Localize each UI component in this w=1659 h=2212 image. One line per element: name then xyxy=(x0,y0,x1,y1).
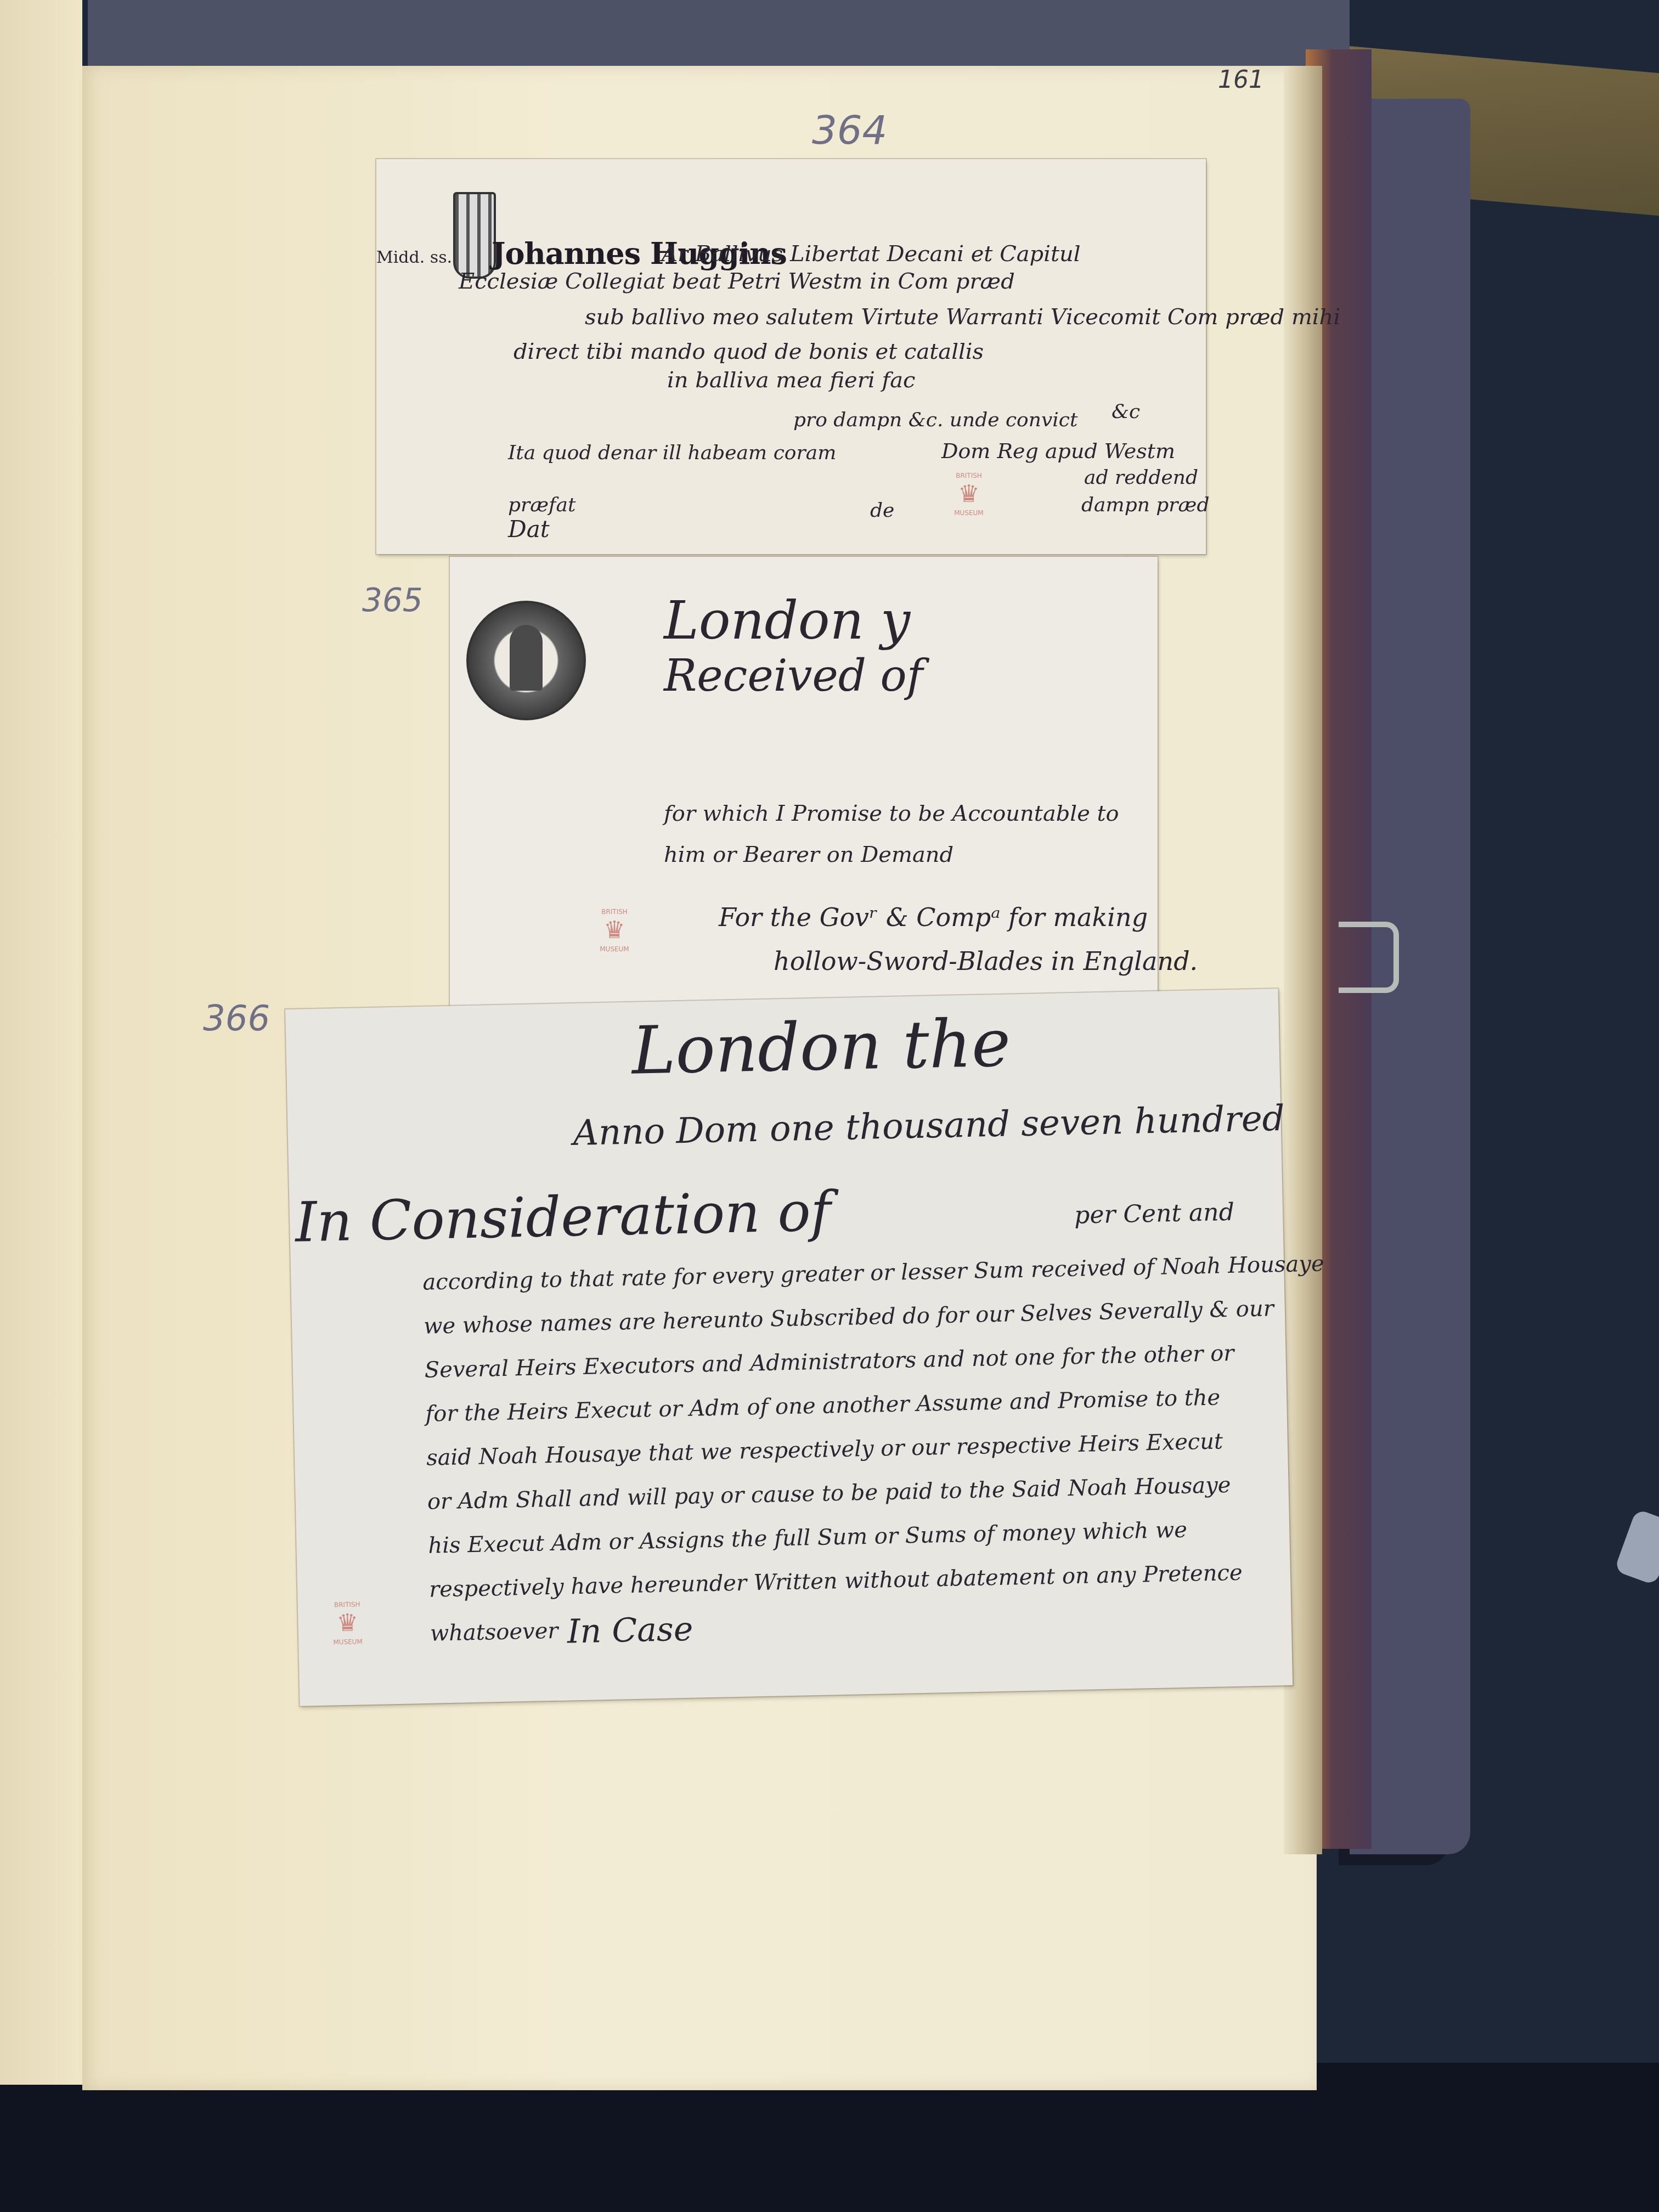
warrant-de: de xyxy=(870,499,894,522)
bond-line: for the Heirs Execut or Adm of one anoth… xyxy=(425,1385,1221,1426)
receipt-received-of: Received of xyxy=(664,650,923,701)
warrant-line: Ecclesiæ Collegiat beat Petri Westm in C… xyxy=(459,269,1015,294)
warrant-praefat: præfat xyxy=(508,494,575,516)
stamp-top-text: BRITISH xyxy=(956,472,982,479)
item-number-366: 366 xyxy=(203,998,270,1039)
receipt-london: London y xyxy=(664,590,910,651)
british-museum-stamp: BRITISH ♛ MUSEUM xyxy=(325,1600,370,1656)
bond-line: Several Heirs Executors and Administrato… xyxy=(424,1341,1234,1383)
warrant-ita-quod: Ita quod denar ill habeam coram xyxy=(508,442,836,464)
stamp-bottom-text: MUSEUM xyxy=(954,509,983,517)
stamp-top-text: BRITISH xyxy=(334,1600,360,1609)
bond-line: according to that rate for every greater… xyxy=(422,1251,1324,1295)
bond-line: respectively have hereunder Written with… xyxy=(429,1560,1243,1602)
bond-line: or Adm Shall and will pay or cause to be… xyxy=(427,1472,1231,1515)
bond-line: said Noah Housaye that we respectively o… xyxy=(426,1429,1223,1470)
warrant-line: sub ballivo meo salutem Virtute Warranti… xyxy=(585,304,1340,330)
crown-icon: ♛ xyxy=(947,479,991,509)
card-warrant-364[interactable]: Midd. ss. Johannes Huggins Ar Ballivus L… xyxy=(376,159,1206,554)
portcullis-icon xyxy=(453,192,496,279)
left-page xyxy=(0,0,82,2085)
county-label: Midd. ss. xyxy=(376,248,452,267)
card-receipt-365[interactable]: London y Received of for which I Promise… xyxy=(450,557,1158,1007)
warrant-dom-reg: Dom Reg apud Westm xyxy=(941,439,1175,463)
card-bond-366[interactable]: London the Anno Dom one thousand seven h… xyxy=(285,989,1293,1706)
british-museum-stamp: BRITISH ♛ MUSEUM xyxy=(947,472,991,527)
bond-line: we whose names are hereunto Subscribed d… xyxy=(424,1296,1274,1339)
receipt-for-company: For the Govʳ & Compᵃ for making xyxy=(719,902,1148,932)
crown-icon: ♛ xyxy=(325,1608,370,1639)
item-number-365: 365 xyxy=(362,582,423,619)
british-museum-stamp: BRITISH ♛ MUSEUM xyxy=(592,908,636,963)
bond-consideration: In Consideration of xyxy=(295,1179,832,1254)
warrant-line: direct tibi mando quod de bonis et catal… xyxy=(513,339,984,364)
warrant-line: Ar Ballivus Libertat Decani et Capitul xyxy=(662,241,1081,267)
warrant-dampn-praed: dampn præd xyxy=(1081,494,1209,516)
warrant-pro-dampn: pro dampn &c. unde convict xyxy=(793,409,1077,431)
bond-per-cent: per Cent and xyxy=(1074,1198,1235,1229)
warrant-etc: &c xyxy=(1111,400,1140,423)
strap-loop[interactable] xyxy=(1339,922,1399,993)
cloth-wrapper-top xyxy=(88,0,1350,77)
stamp-bottom-text: MUSEUM xyxy=(333,1638,363,1646)
folio-number: 161 xyxy=(1218,66,1264,94)
britannia-seal-icon xyxy=(466,601,586,720)
bond-line: whatsoever xyxy=(430,1618,558,1646)
receipt-bearer: him or Bearer on Demand xyxy=(664,842,953,867)
receipt-promise: for which I Promise to be Accountable to xyxy=(664,801,1119,826)
item-number-364: 364 xyxy=(812,107,887,153)
crown-icon: ♛ xyxy=(592,916,636,945)
warrant-dat: Dat xyxy=(508,516,550,543)
warrant-ad-reddend: ad reddend xyxy=(1084,466,1198,489)
bond-anno-dom: Anno Dom one thousand seven hundred xyxy=(573,1098,1285,1154)
bond-line: his Execut Adm or Assigns the full Sum o… xyxy=(428,1517,1187,1559)
warrant-line: in balliva mea fieri fac xyxy=(667,368,915,393)
bond-in-case: In Case xyxy=(567,1610,693,1651)
seated-figure-icon xyxy=(510,625,543,691)
receipt-company-name: hollow-Sword-Blades in England. xyxy=(774,946,1198,976)
stamp-bottom-text: MUSEUM xyxy=(600,945,629,953)
stamp-top-text: BRITISH xyxy=(601,908,628,916)
bond-london: London the xyxy=(631,1005,1011,1089)
